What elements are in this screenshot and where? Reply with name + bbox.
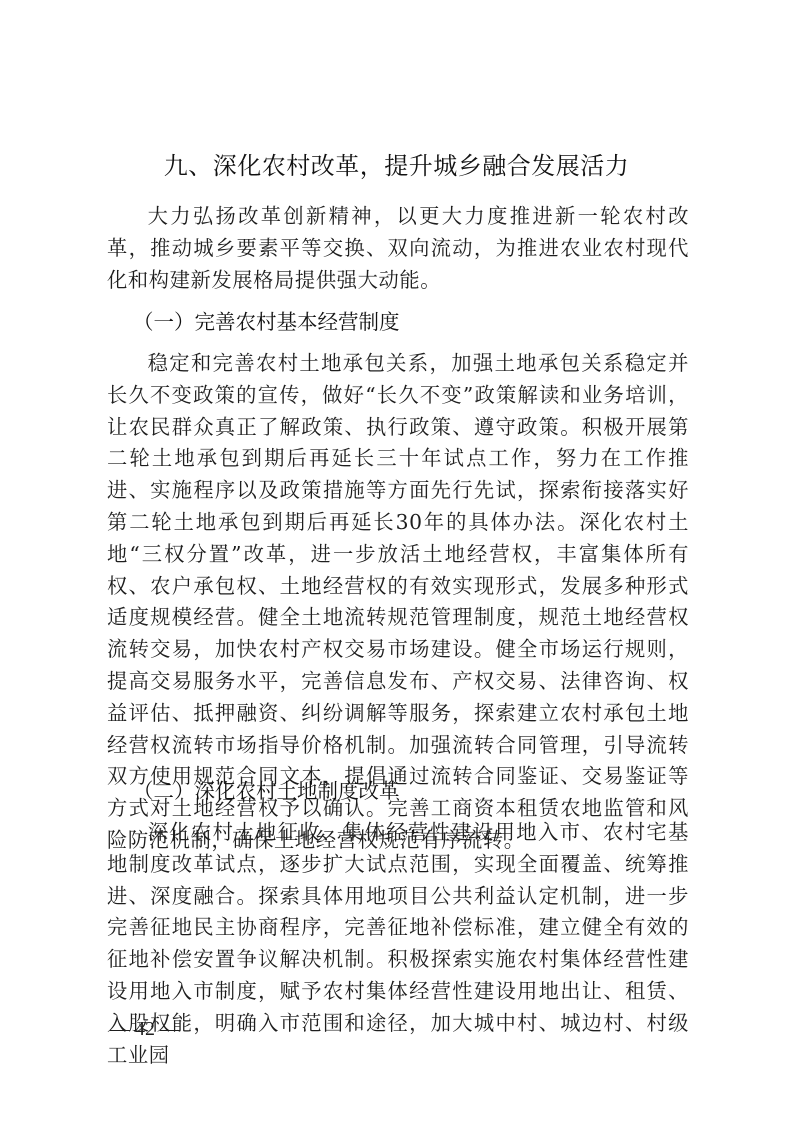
- section-heading-2: （二）深化农村土地制度改革: [133, 776, 400, 806]
- section-heading-1: （一）完善农村基本经营制度: [133, 307, 400, 337]
- document-page: 九、深化农村改革，提升城乡融合发展活力 大力弘扬改革创新精神，以更大力度推进新一…: [0, 0, 793, 1122]
- intro-paragraph: 大力弘扬改革创新精神，以更大力度推进新一轮农村改革，推动城乡要素平等交换、双向流…: [107, 201, 689, 296]
- section-paragraph-2: 深化农村土地征收、集体经营性建设用地入市、农村宅基地制度改革试点，逐步扩大试点范…: [107, 817, 689, 1071]
- chapter-title: 九、深化农村改革，提升城乡融合发展活力: [0, 149, 793, 183]
- page-number: — 42 —: [110, 1017, 180, 1041]
